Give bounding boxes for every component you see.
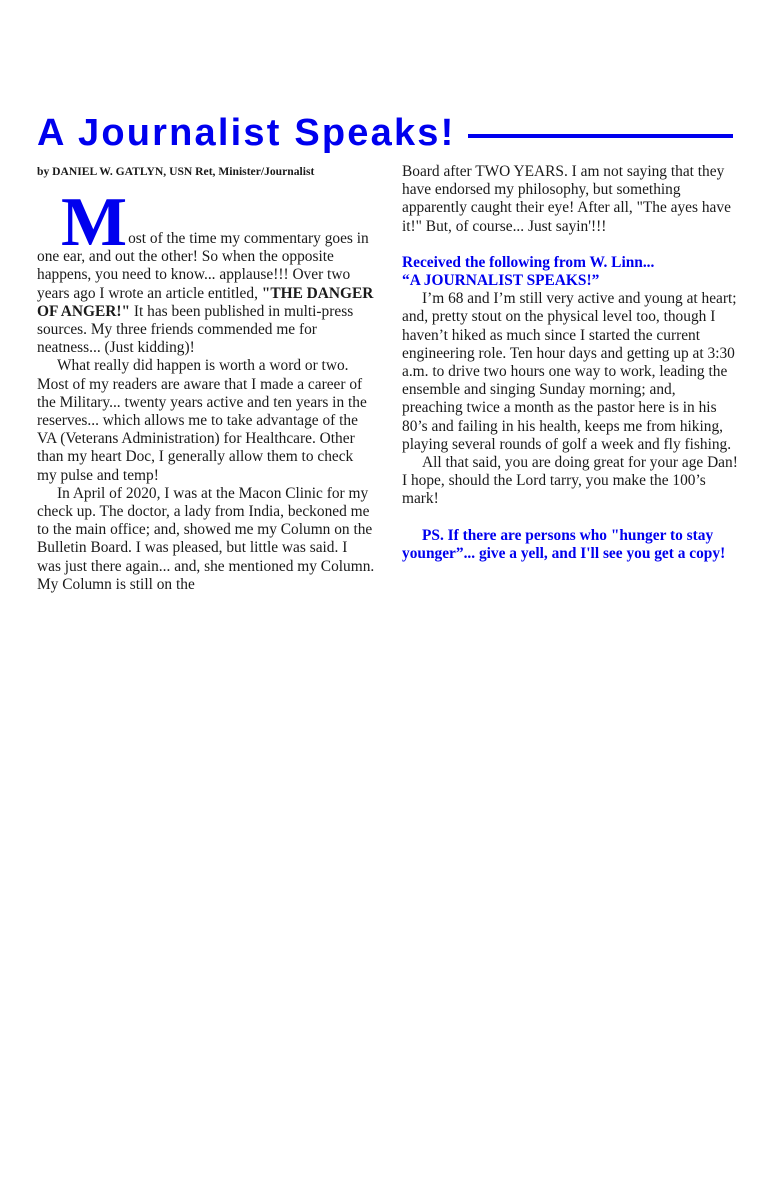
title-rule-divider <box>468 134 733 138</box>
article-title: A Journalist Speaks! <box>37 110 456 156</box>
byline: by DANIEL W. GATLYN, USN Ret, Minister/J… <box>37 163 375 181</box>
letter-heading-line-2: “A JOURNALIST SPEAKS!” <box>402 272 738 290</box>
drop-cap: M <box>61 198 127 248</box>
paragraph-letter: I’m 68 and I’m still very active and you… <box>402 290 738 454</box>
letter-heading: Received the following from W. Linn... “… <box>402 254 738 290</box>
paragraph-military: What really did happen is worth a word o… <box>37 357 375 484</box>
postscript: PS. If there are persons who "hunger to … <box>402 527 738 563</box>
article-header: A Journalist Speaks! <box>37 110 737 156</box>
right-column: Board after TWO YEARS. I am not saying t… <box>402 163 738 563</box>
paragraph-continued: Board after TWO YEARS. I am not saying t… <box>402 163 738 236</box>
letter-heading-line-1: Received the following from W. Linn... <box>402 254 738 272</box>
paragraph-clinic: In April of 2020, I was at the Macon Cli… <box>37 485 375 594</box>
paragraph-intro: Most of the time my commentary goes in o… <box>37 195 375 357</box>
left-column: by DANIEL W. GATLYN, USN Ret, Minister/J… <box>37 163 375 594</box>
paragraph-reply: All that said, you are doing great for y… <box>402 454 738 509</box>
